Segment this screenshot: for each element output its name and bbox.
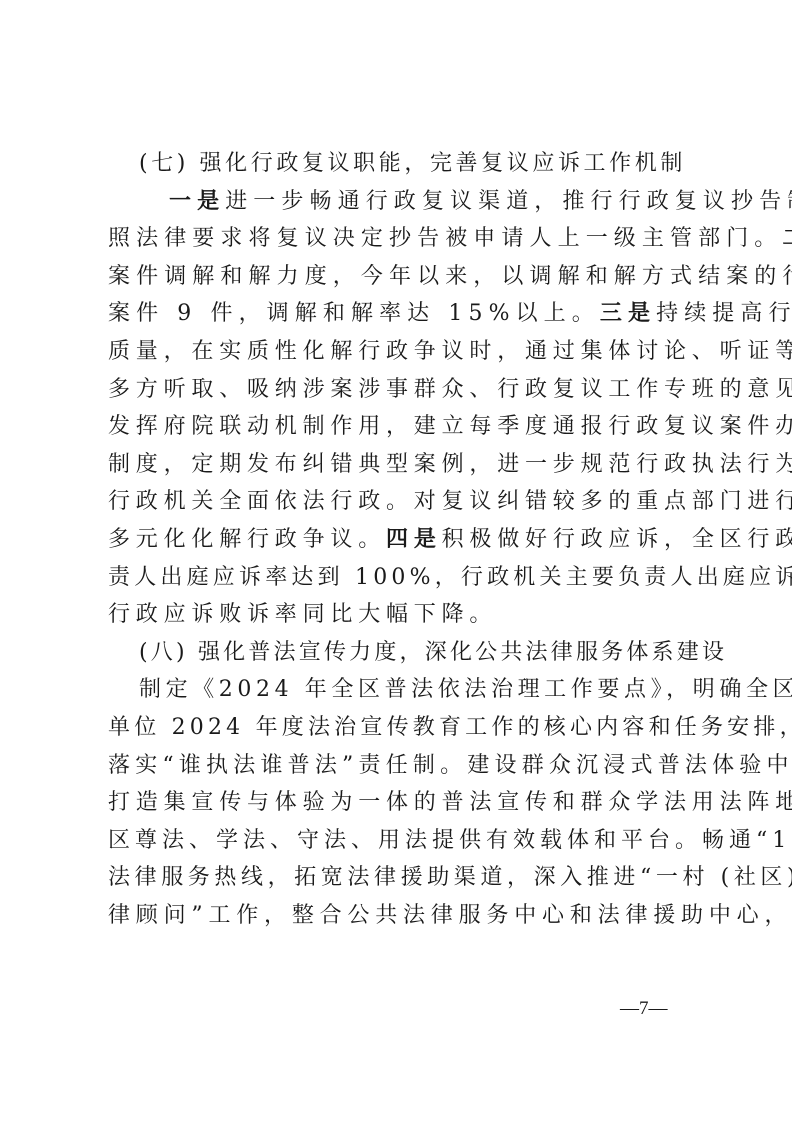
section-heading-8: (八) 强化普法宣传力度，深化公共法律服务体系建设 bbox=[108, 634, 693, 672]
paragraph-line: 质量，在实质性化解行政争议时，通过集体讨论、听证等方式， bbox=[108, 333, 693, 371]
bold-lead: 一是 bbox=[169, 188, 225, 214]
paragraph-line: 落实“谁执法谁普法”责任制。建设群众沉浸式普法体验中心， bbox=[108, 747, 693, 785]
document-page: (七) 强化行政复议职能，完善复议应诉工作机制 一是进一步畅通行政复议渠道，推行… bbox=[0, 0, 792, 1121]
paragraph-line: 照法律要求将复议决定抄告被申请人上一级主管部门。二是加大 bbox=[108, 220, 693, 258]
paragraph-line: 行政应诉败诉率同比大幅下降。 bbox=[108, 596, 693, 634]
document-body: (七) 强化行政复议职能，完善复议应诉工作机制 一是进一步畅通行政复议渠道，推行… bbox=[108, 145, 693, 934]
paragraph-line: 制度，定期发布纠错典型案例，进一步规范行政执法行为，倒逼 bbox=[108, 446, 693, 484]
paragraph-line: 多元化化解行政争议。四是积极做好行政应诉，全区行政机关负 bbox=[108, 521, 693, 559]
paragraph-line: 案件调解和解力度，今年以来，以调解和解方式结案的行政复议 bbox=[108, 258, 693, 296]
paragraph-line: 律顾问”工作，整合公共法律服务中心和法律援助中心，为群众 bbox=[108, 897, 693, 935]
paragraph-line: 案件 9 件，调解和解率达 15%以上。三是持续提高行政复议办案 bbox=[108, 295, 693, 333]
paragraph-line: 法律服务热线，拓宽法律援助渠道，深入推进“一村 (社区) 一法 bbox=[108, 859, 693, 897]
section-heading-7: (七) 强化行政复议职能，完善复议应诉工作机制 bbox=[108, 145, 693, 183]
paragraph-line: 区尊法、学法、守法、用法提供有效载体和平台。畅通“12348” bbox=[108, 822, 693, 860]
paragraph-line: 单位 2024 年度法治宣传教育工作的核心内容和任务安排，严格 bbox=[108, 709, 693, 747]
paragraph-line: 行政机关全面依法行政。对复议纠错较多的重点部门进行约谈， bbox=[108, 483, 693, 521]
bold-lead: 四是 bbox=[386, 526, 442, 552]
paragraph-line: 发挥府院联动机制作用，建立每季度通报行政复议案件办理情况 bbox=[108, 408, 693, 446]
paragraph-line: 制定《2024 年全区普法依法治理工作要点》，明确全区各 bbox=[108, 671, 693, 709]
bold-lead: 二是 bbox=[782, 225, 792, 251]
paragraph-line: 打造集宣传与体验为一体的普法宣传和群众学法用法阵地，为全 bbox=[108, 784, 693, 822]
bold-lead: 三是 bbox=[600, 300, 656, 326]
paragraph-line: 一是进一步畅通行政复议渠道，推行行政复议抄告制度，按 bbox=[108, 183, 693, 221]
paragraph-line: 责人出庭应诉率达到 100%，行政机关主要负责人出庭应诉 1 次， bbox=[108, 559, 693, 597]
paragraph-line: 多方听取、吸纳涉案涉事群众、行政复议工作专班的意见，注重 bbox=[108, 371, 693, 409]
page-number: —7— bbox=[620, 998, 668, 1020]
